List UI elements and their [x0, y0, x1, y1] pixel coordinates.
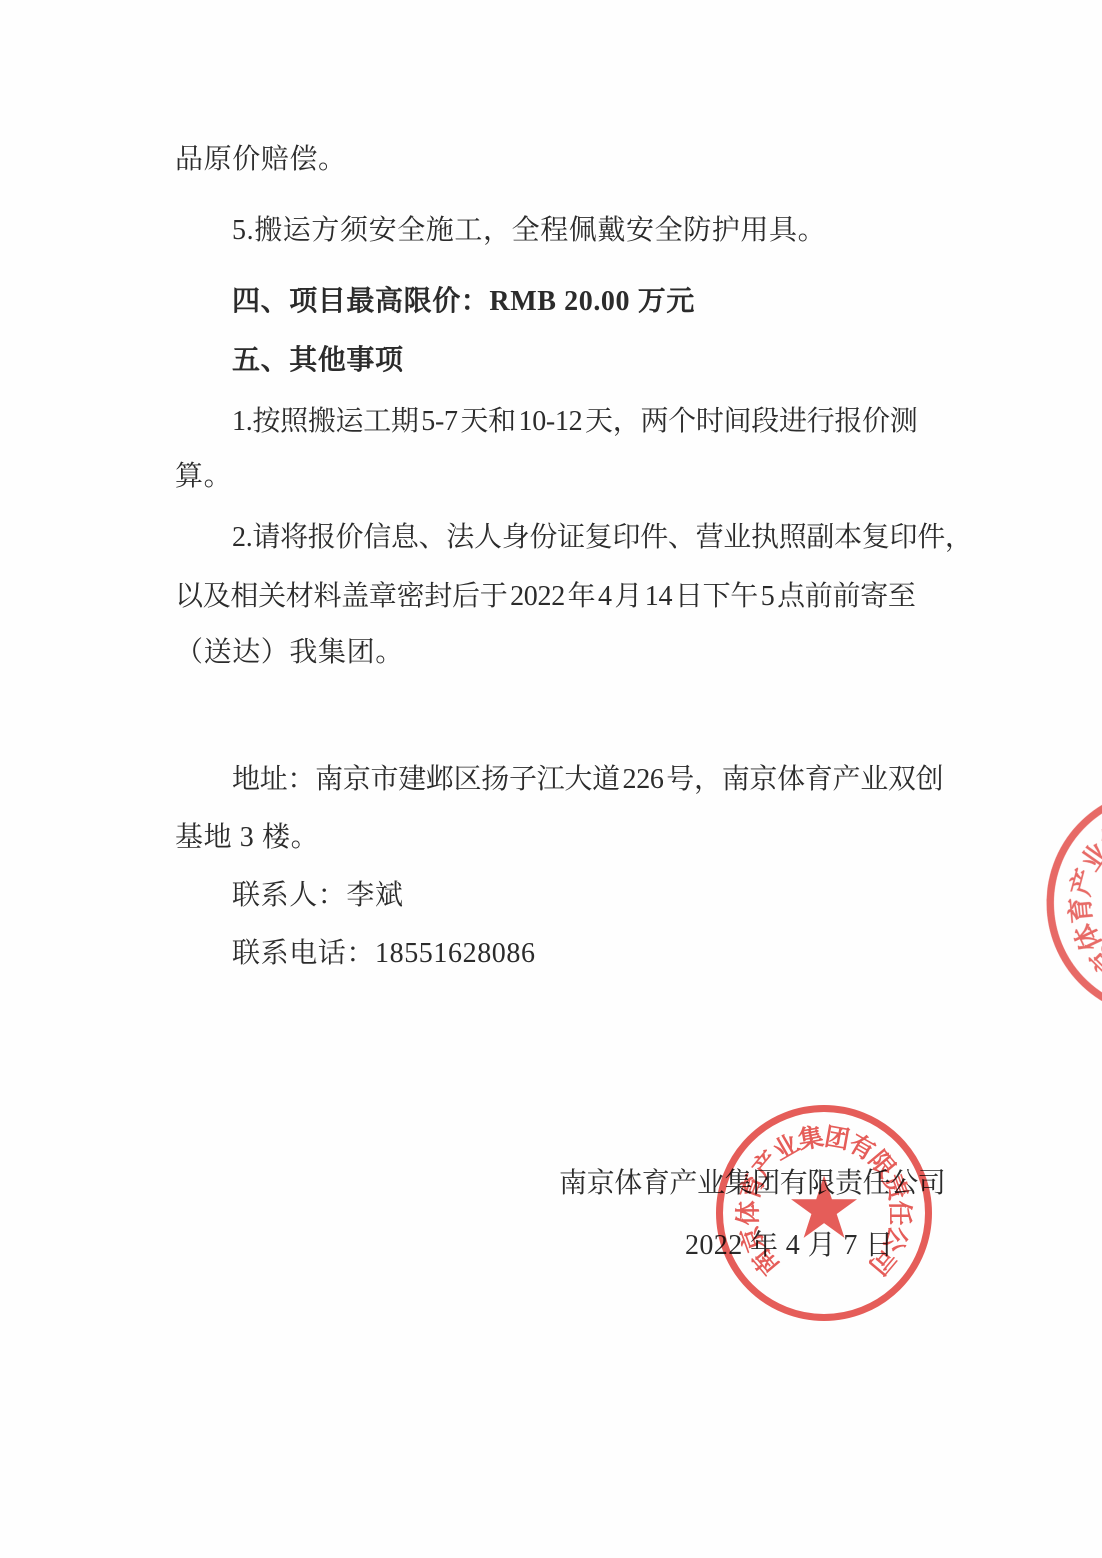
seal-ring-text: 团	[823, 1124, 852, 1153]
seal-ring-text: 业	[769, 1130, 803, 1164]
signature-company: 南京体育产业集团有限责任公司	[559, 1161, 945, 1201]
text-line: 算。	[175, 460, 965, 494]
seal-ring-text: 体	[736, 1200, 761, 1225]
text-line: 联系人：李斌	[175, 879, 1022, 913]
text-line: 品原价赔偿。	[175, 143, 965, 177]
seal-ring-text: 任	[888, 1200, 913, 1225]
seal-ring-text: 业	[1077, 838, 1102, 875]
seal-ring-border	[716, 1105, 932, 1321]
seal-ring-text: 有	[845, 1130, 879, 1164]
text-line: 联系电话：18551628086	[175, 937, 1022, 971]
seal-ring-text: 京	[1085, 941, 1102, 978]
seal-ring-border	[1009, 751, 1102, 1055]
text-line: 5.搬运方须安全施工，全程佩戴安全防护用具。	[175, 214, 1022, 248]
text-line: 1.按照搬运工期 5-7 天和 10-12 天，两个时间段进行报价测	[175, 405, 1022, 439]
text-line: 五、其他事项	[175, 344, 1022, 378]
seal-ring-text: 集	[1096, 819, 1102, 856]
seal-ring-text: 育	[1066, 896, 1095, 925]
text-line: 以及相关材料盖章密封后于 2022 年 4 月 14 日下午 5 点前前寄至	[175, 580, 965, 614]
document-page: 品原价赔偿。5.搬运方须安全施工，全程佩戴安全防护用具。四、项目最高限价：RMB…	[0, 0, 1102, 1558]
text-line: 基地 3 楼。	[175, 821, 965, 855]
text-line: 2.请将报价信息、法人身份证复印件、营业执照副本复印件，	[175, 521, 1022, 555]
signature-date: 2022 年 4 月 7 日	[685, 1223, 894, 1263]
text-line: （送达）我集团。	[175, 636, 965, 670]
seal-ring-text: 体	[1070, 919, 1102, 954]
text-line: 四、项目最高限价：RMB 20.00 万元	[175, 285, 1022, 319]
company-seal-stamp: 南京体育产业集团有限责任公司★	[716, 1105, 932, 1321]
seal-ring-text: 集	[796, 1124, 825, 1153]
seal-ring-text: 产	[1067, 866, 1099, 898]
text-line: 地址：南京市建邺区扬子江大道 226 号，南京体育产业双创	[175, 763, 1022, 797]
partial-seal-stamp: 南京体育产业集团有限责任公司★	[1009, 751, 1102, 1055]
